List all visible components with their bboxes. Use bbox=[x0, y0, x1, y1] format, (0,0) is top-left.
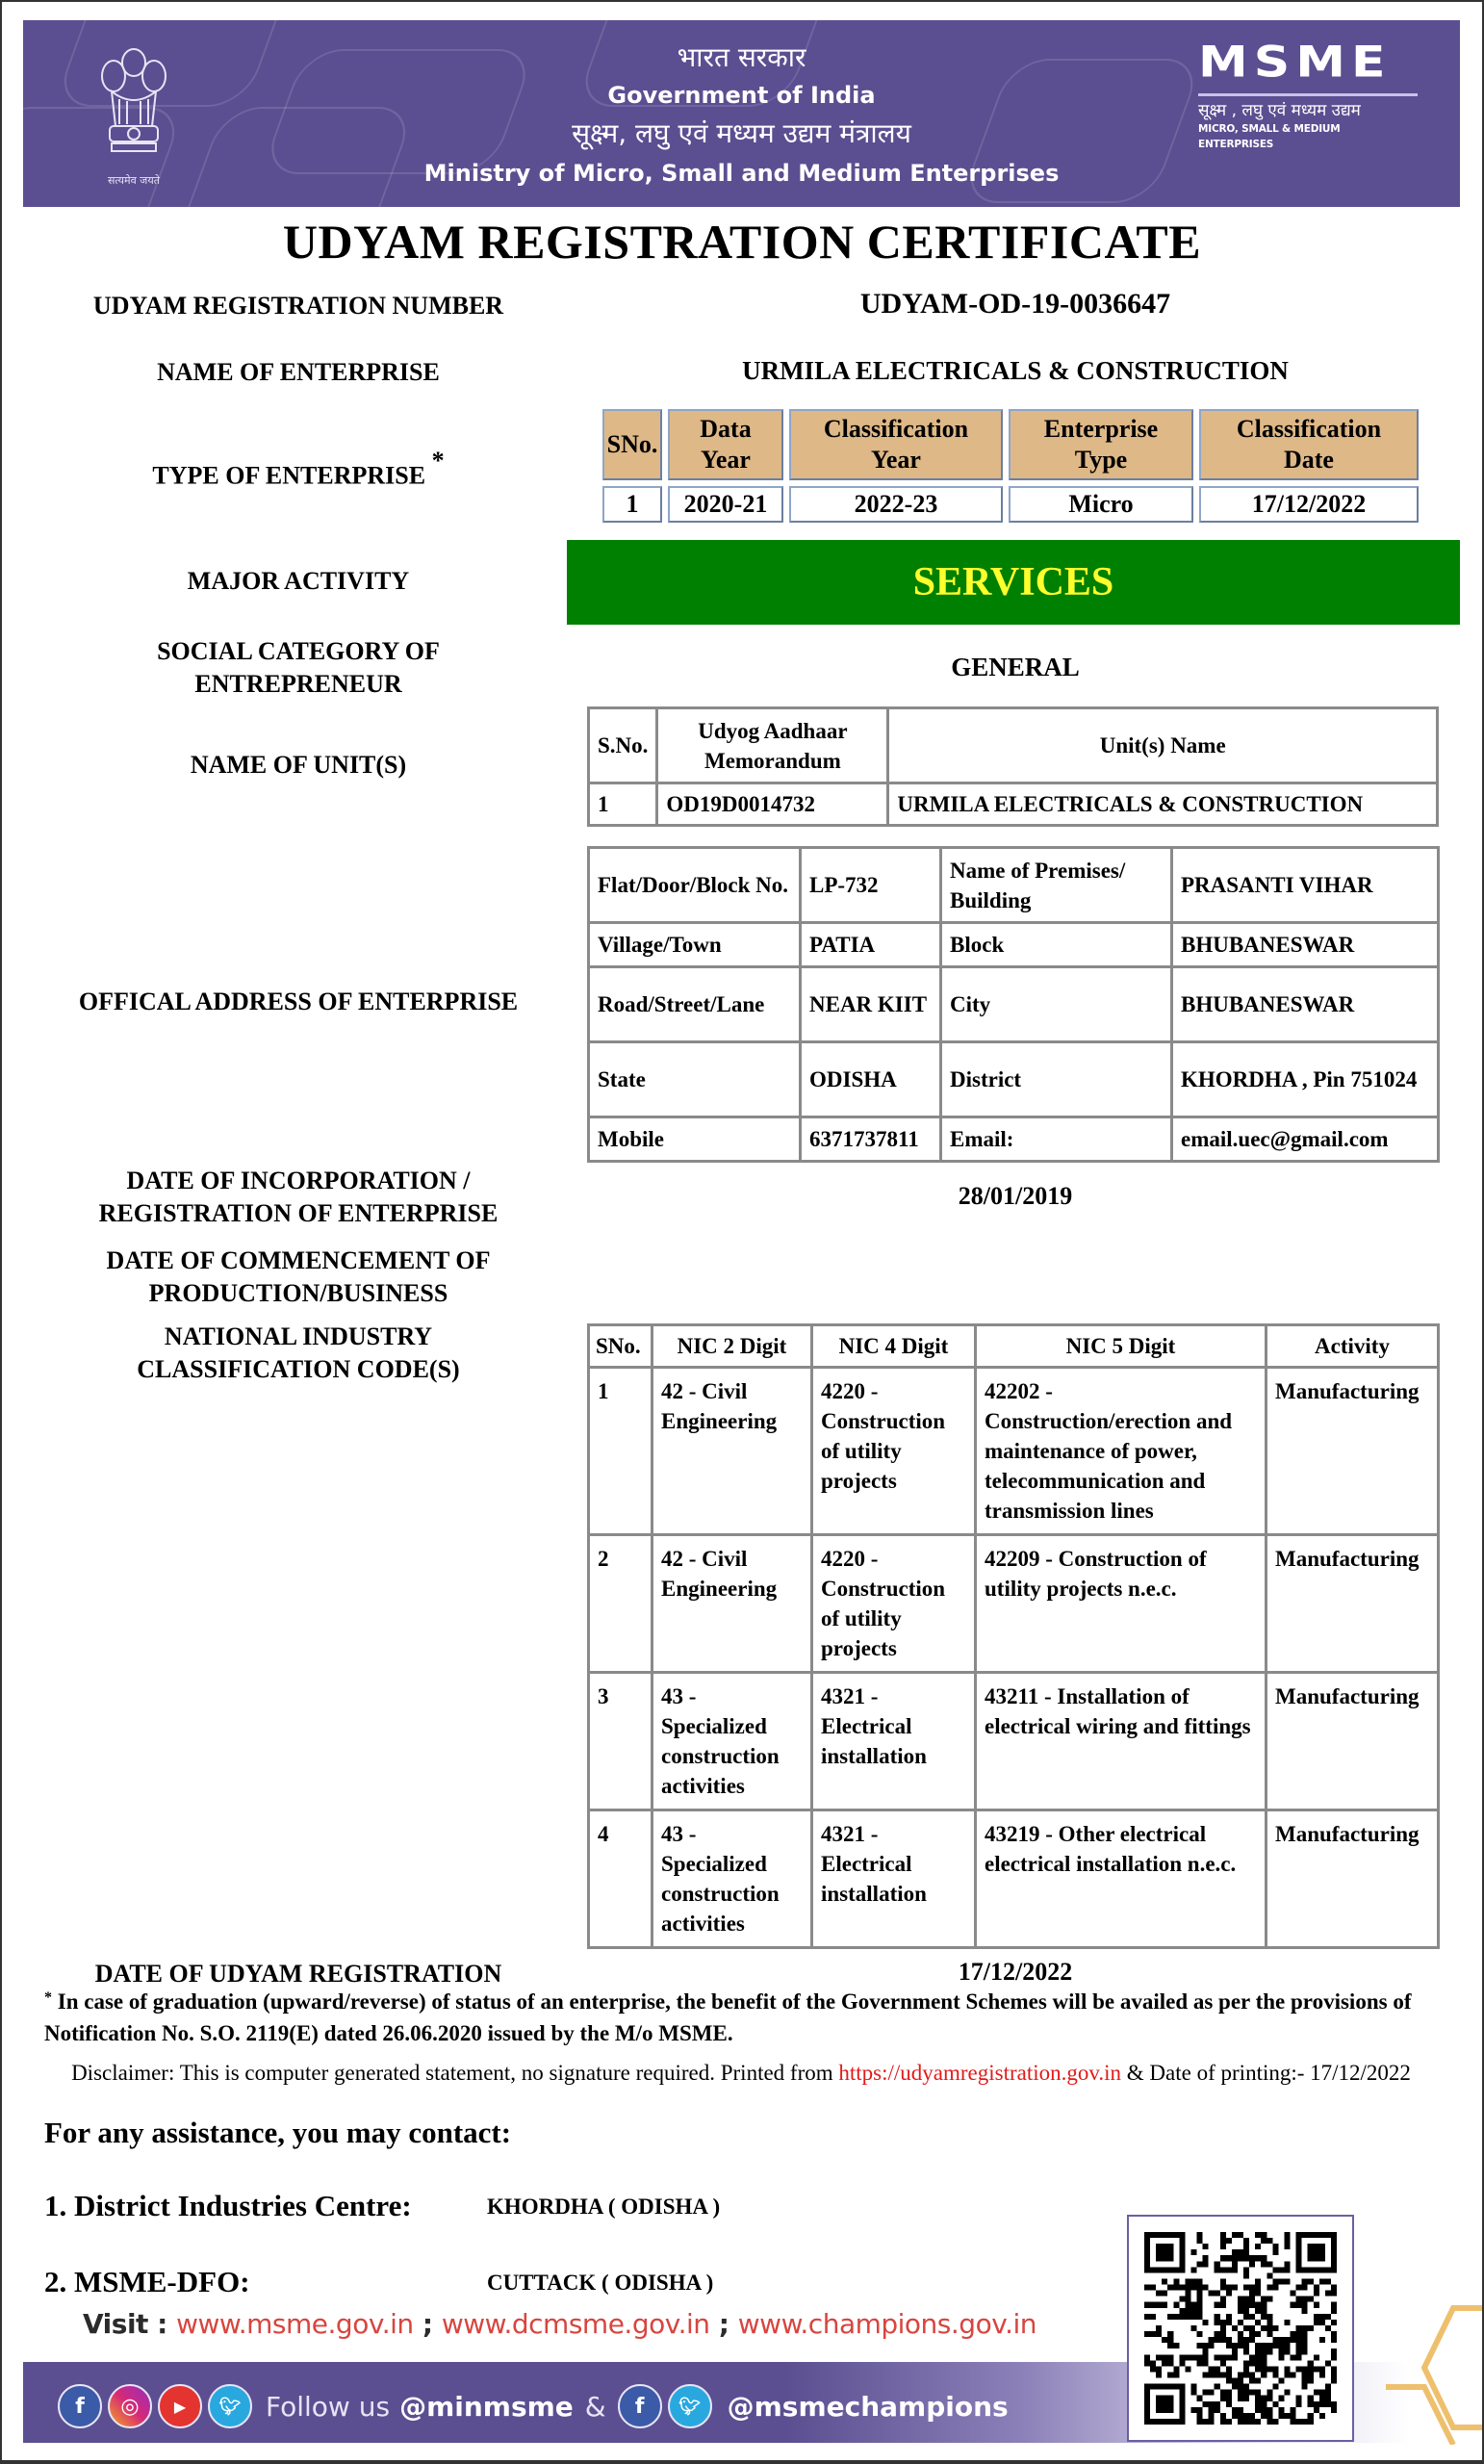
district-industries-centre-label: 1. District Industries Centre: bbox=[44, 2189, 412, 2223]
facebook-icon[interactable]: f bbox=[618, 2384, 662, 2428]
msme-website-link[interactable]: www.msme.gov.in bbox=[176, 2308, 414, 2340]
cell-sno: 2 bbox=[589, 1535, 652, 1673]
cell-sno: 1 bbox=[589, 783, 657, 826]
minmsme-handle[interactable]: @minmsme bbox=[399, 2391, 574, 2423]
msme-logo: MSME सूक्ष्म , लघु एवं मध्यम उद्यम MICRO… bbox=[1198, 36, 1418, 152]
col-header: NIC 5 Digit bbox=[976, 1325, 1267, 1368]
qr-code-icon bbox=[1144, 2232, 1337, 2425]
table-row: StateODISHADistrictKHORDHA , Pin 751024 bbox=[589, 1042, 1439, 1117]
address-field-label: Email: bbox=[941, 1117, 1172, 1162]
cell-data-year: 2020-21 bbox=[668, 486, 783, 523]
facebook-icon[interactable]: f bbox=[58, 2384, 102, 2428]
enterprise-type-label: TYPE OF ENTERPRISE * bbox=[29, 450, 568, 493]
col-header-enterprise-type: Enterprise Type bbox=[1009, 409, 1193, 480]
twitter-icon[interactable]: 🐦︎ bbox=[668, 2384, 712, 2428]
disclaimer: Disclaimer: This is computer generated s… bbox=[58, 2058, 1424, 2088]
col-header-classification-date: Classification Date bbox=[1199, 409, 1419, 480]
ampersand: & bbox=[585, 2391, 606, 2423]
major-activity-label: MAJOR ACTIVITY bbox=[29, 565, 568, 598]
col-header-udyog-aadhaar: Udyog Aadhaar Memorandum bbox=[657, 708, 888, 783]
units-label: NAME OF UNIT(S) bbox=[29, 749, 568, 782]
address-field-label: Block bbox=[941, 923, 1172, 967]
champions-website-link[interactable]: www.champions.gov.in bbox=[738, 2308, 1036, 2340]
table-row: 242 - Civil Engineering4220 - Constructi… bbox=[589, 1535, 1439, 1673]
cell-nic-5-digit: 43211 - Installation of electrical wirin… bbox=[976, 1673, 1267, 1810]
cell-activity: Manufacturing bbox=[1267, 1535, 1439, 1673]
certificate-title: UDYAM REGISTRATION CERTIFICATE bbox=[0, 214, 1484, 269]
cell-udyog-aadhaar: OD19D0014732 bbox=[657, 783, 888, 826]
cell-sno: 3 bbox=[589, 1673, 652, 1810]
address-field-label: City bbox=[941, 967, 1172, 1042]
address-field-value: PATIA bbox=[801, 923, 941, 967]
table-row: 1 2020-21 2022-23 Micro 17/12/2022 bbox=[602, 486, 1419, 523]
table-row: Village/TownPATIABlockBHUBANESWAR bbox=[589, 923, 1439, 967]
district-industries-centre-value: KHORDHA ( ODISHA ) bbox=[487, 2194, 720, 2220]
social-category-label: SOCIAL CATEGORY OF ENTREPRENEUR bbox=[29, 635, 568, 701]
cell-classification-date: 17/12/2022 bbox=[1199, 486, 1419, 523]
cell-activity: Manufacturing bbox=[1267, 1810, 1439, 1948]
nic-table: SNo.NIC 2 DigitNIC 4 DigitNIC 5 DigitAct… bbox=[587, 1323, 1440, 1949]
cell-nic-5-digit: 43219 - Other electrical electrical inst… bbox=[976, 1810, 1267, 1948]
hexagon-decoration-icon bbox=[1386, 2291, 1482, 2445]
udyam-registration-link[interactable]: https://udyamregistration.gov.in bbox=[838, 2061, 1121, 2085]
instagram-icon[interactable]: ◎ bbox=[108, 2384, 152, 2428]
address-field-label: Flat/Door/Block No. bbox=[589, 848, 801, 923]
address-field-value: KHORDHA , Pin 751024 bbox=[1172, 1042, 1439, 1117]
units-table: S.No. Udyog Aadhaar Memorandum Unit(s) N… bbox=[587, 706, 1439, 827]
cell-sno: 1 bbox=[602, 486, 662, 523]
cell-nic-2-digit: 42 - Civil Engineering bbox=[652, 1368, 812, 1535]
cell-nic-4-digit: 4220 - Construction of utility projects bbox=[812, 1368, 976, 1535]
follow-us-text: Follow us bbox=[266, 2391, 390, 2423]
msme-dfo-value: CUTTACK ( ODISHA ) bbox=[487, 2271, 713, 2296]
col-header-classification-year: Classification Year bbox=[789, 409, 1003, 480]
address-field-value: 6371737811 bbox=[801, 1117, 941, 1162]
address-table: Flat/Door/Block No.LP-732Name of Premise… bbox=[587, 846, 1440, 1163]
table-row: 343 - Specialized construction activitie… bbox=[589, 1673, 1439, 1810]
cell-nic-4-digit: 4321 - Electrical installation bbox=[812, 1673, 976, 1810]
col-header-unit-name: Unit(s) Name bbox=[888, 708, 1438, 783]
social-links: f ◎ ▶ 🐦︎ Follow us @minmsme & f 🐦︎ @msme… bbox=[58, 2384, 1009, 2428]
header-banner: सत्यमेव जयते भारत सरकार Government of In… bbox=[23, 20, 1460, 207]
table-row: Flat/Door/Block No.LP-732Name of Premise… bbox=[589, 848, 1439, 923]
address-field-label: Mobile bbox=[589, 1117, 801, 1162]
col-header-sno: S.No. bbox=[589, 708, 657, 783]
table-row: 1 OD19D0014732 URMILA ELECTRICALS & CONS… bbox=[589, 783, 1438, 826]
ministry-title: Ministry of Micro, Small and Medium Ente… bbox=[23, 153, 1460, 193]
registration-number-label: UDYAM REGISTRATION NUMBER bbox=[29, 290, 568, 322]
address-field-label: State bbox=[589, 1042, 801, 1117]
address-label: OFFICAL ADDRESS OF ENTERPRISE bbox=[29, 986, 568, 1018]
social-category-value: GENERAL bbox=[568, 653, 1463, 682]
cell-nic-2-digit: 43 - Specialized construction activities bbox=[652, 1673, 812, 1810]
address-field-value: NEAR KIIT bbox=[801, 967, 941, 1042]
nic-header-row: SNo.NIC 2 DigitNIC 4 DigitNIC 5 DigitAct… bbox=[589, 1325, 1439, 1368]
graduation-footnote: * In case of graduation (upward/reverse)… bbox=[44, 1986, 1449, 2049]
youtube-icon[interactable]: ▶ bbox=[158, 2384, 202, 2428]
cell-nic-5-digit: 42202 - Construction/erection and mainte… bbox=[976, 1368, 1267, 1535]
address-field-value: BHUBANESWAR bbox=[1172, 923, 1439, 967]
col-header: Activity bbox=[1267, 1325, 1439, 1368]
enterprise-name-value: URMILA ELECTRICALS & CONSTRUCTION bbox=[568, 356, 1463, 386]
incorporation-date-label: DATE OF INCORPORATION / REGISTRATION OF … bbox=[29, 1165, 568, 1230]
cell-activity: Manufacturing bbox=[1267, 1368, 1439, 1535]
address-field-value: PRASANTI VIHAR bbox=[1172, 848, 1439, 923]
footnote-marker: * bbox=[432, 447, 445, 475]
cell-classification-year: 2022-23 bbox=[789, 486, 1003, 523]
table-row: Mobile6371737811Email:email.uec@gmail.co… bbox=[589, 1117, 1439, 1162]
table-row: Road/Street/LaneNEAR KIITCityBHUBANESWAR bbox=[589, 967, 1439, 1042]
nic-label: NATIONAL INDUSTRY CLASSIFICATION CODE(S) bbox=[29, 1321, 568, 1386]
col-header: SNo. bbox=[589, 1325, 652, 1368]
registration-number-value: UDYAM-OD-19-0036647 bbox=[568, 288, 1463, 321]
cell-sno: 1 bbox=[589, 1368, 652, 1535]
address-field-value: email.uec@gmail.com bbox=[1172, 1117, 1439, 1162]
major-activity-value: SERVICES bbox=[567, 540, 1460, 625]
cell-nic-5-digit: 42209 - Construction of utility projects… bbox=[976, 1535, 1267, 1673]
cell-nic-2-digit: 42 - Civil Engineering bbox=[652, 1535, 812, 1673]
address-field-label: Road/Street/Lane bbox=[589, 967, 801, 1042]
col-header-data-year: Data Year bbox=[668, 409, 783, 480]
enterprise-type-label-text: TYPE OF ENTERPRISE bbox=[152, 462, 425, 490]
cell-activity: Manufacturing bbox=[1267, 1673, 1439, 1810]
address-field-label: District bbox=[941, 1042, 1172, 1117]
col-header-sno: SNo. bbox=[602, 409, 662, 480]
msme-logo-english: MICRO, SMALL & MEDIUM ENTERPRISES bbox=[1198, 121, 1418, 152]
udyam-registration-date-value: 17/12/2022 bbox=[568, 1958, 1463, 1987]
col-header: NIC 2 Digit bbox=[652, 1325, 812, 1368]
commencement-date-label: DATE OF COMMENCEMENT OF PRODUCTION/BUSIN… bbox=[29, 1245, 568, 1310]
table-row: 142 - Civil Engineering4220 - Constructi… bbox=[589, 1368, 1439, 1535]
address-field-label: Name of Premises/ Building bbox=[941, 848, 1172, 923]
cell-enterprise-type: Micro bbox=[1009, 486, 1193, 523]
dcmsme-website-link[interactable]: www.dcmsme.gov.in bbox=[442, 2308, 710, 2340]
address-field-value: LP-732 bbox=[801, 848, 941, 923]
qr-code bbox=[1127, 2215, 1354, 2442]
msmechampions-handle[interactable]: @msmechampions bbox=[728, 2391, 1009, 2423]
units-header-row: S.No. Udyog Aadhaar Memorandum Unit(s) N… bbox=[589, 708, 1438, 783]
msme-logo-mark: MSME bbox=[1198, 39, 1418, 86]
assistance-heading: For any assistance, you may contact: bbox=[44, 2116, 511, 2150]
cell-unit-name: URMILA ELECTRICALS & CONSTRUCTION bbox=[888, 783, 1438, 826]
classification-table: SNo. Data Year Classification Year Enter… bbox=[597, 403, 1424, 528]
visit-links: Visit : www.msme.gov.in ; www.dcmsme.gov… bbox=[83, 2308, 1036, 2340]
address-field-value: ODISHA bbox=[801, 1042, 941, 1117]
cell-sno: 4 bbox=[589, 1810, 652, 1948]
cell-nic-2-digit: 43 - Specialized construction activities bbox=[652, 1810, 812, 1948]
address-field-value: BHUBANESWAR bbox=[1172, 967, 1439, 1042]
table-row: 443 - Specialized construction activitie… bbox=[589, 1810, 1439, 1948]
twitter-icon[interactable]: 🐦︎ bbox=[208, 2384, 252, 2428]
enterprise-name-label: NAME OF ENTERPRISE bbox=[29, 356, 568, 389]
msme-logo-hindi: सूक्ष्म , लघु एवं मध्यम उद्यम bbox=[1198, 100, 1418, 121]
msme-dfo-label: 2. MSME-DFO: bbox=[44, 2265, 250, 2299]
address-field-label: Village/Town bbox=[589, 923, 801, 967]
cell-nic-4-digit: 4220 - Construction of utility projects bbox=[812, 1535, 976, 1673]
classification-header-row: SNo. Data Year Classification Year Enter… bbox=[602, 409, 1419, 480]
cell-nic-4-digit: 4321 - Electrical installation bbox=[812, 1810, 976, 1948]
col-header: NIC 4 Digit bbox=[812, 1325, 976, 1368]
incorporation-date-value: 28/01/2019 bbox=[568, 1182, 1463, 1211]
